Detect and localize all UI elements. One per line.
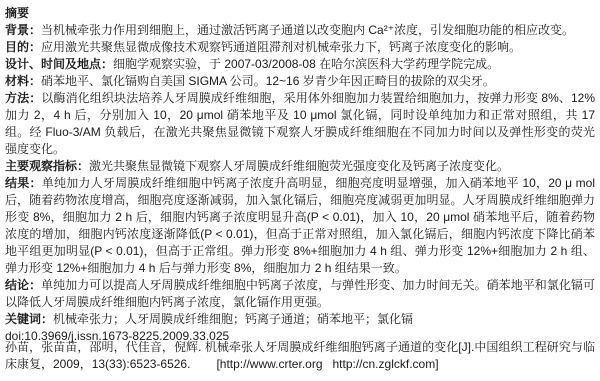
section-methods: 方法：以酶消化组织块法培养人牙周膜成纤维细胞，采用体外细胞加力装置给细胞加力，按… xyxy=(5,90,595,158)
section-materials-text: 硝苯地平、氯化镉购自美国 SIGMA 公司。12~16 岁青少年因正畸目的拔除的… xyxy=(41,74,495,88)
section-objective: 目的：应用激光共聚焦显微成像技术观察钙通道阻滞剂对机械牵张力下，钙离子浓度变化的… xyxy=(5,39,595,56)
section-background-label: 背景： xyxy=(5,23,41,37)
section-objective-text: 应用激光共聚焦显微成像技术观察钙通道阻滞剂对机械牵张力下，钙离子浓度变化的影响。 xyxy=(41,40,521,54)
section-conclusion-label: 结论： xyxy=(5,278,41,292)
abstract-page: 摘要 背景：当机械牵张力作用到细胞上，通过激活钙离子通道以改变胞内 Ca²⁺浓度… xyxy=(0,0,600,381)
section-methods-text: 以酶消化组织块法培养人牙周膜成纤维细胞，采用体外细胞加力装置给细胞加力，按弹力形… xyxy=(5,91,595,156)
section-main-outcome-measures-text: 激光共聚焦显微镜下观察人牙周膜成纤维细胞荧光强度变化及钙离子浓度变化。 xyxy=(89,159,509,173)
section-results-text: 单纯加力人牙周膜成纤维细胞中钙离子浓度升高明显，细胞亮度明显增强，加入硝苯地平 … xyxy=(5,176,595,275)
section-keywords-text: 机械牵张力；人牙周膜成纤维细胞；钙离子通道；硝苯地平；氯化镉 xyxy=(53,312,413,326)
section-design-time-place-label: 设计、时间及地点： xyxy=(5,57,113,71)
section-design-time-place-text: 细胞学观察实验，于 2007-03/2008-08 在哈尔滨医科大学药理学院完成… xyxy=(113,57,499,71)
citation-links[interactable]: [http://www.crter.org http://cn.zglckf.c… xyxy=(216,357,438,371)
abstract-title: 摘要 xyxy=(5,5,595,22)
section-main-outcome-measures-label: 主要观察指标： xyxy=(5,159,89,173)
section-conclusion: 结论：单纯加力可以提高人牙周膜成纤维细胞中钙离子浓度，与弹性形变、加力时间无关。… xyxy=(5,277,595,311)
section-design-time-place: 设计、时间及地点：细胞学观察实验，于 2007-03/2008-08 在哈尔滨医… xyxy=(5,56,595,73)
citation-block: 孙苗，张苗苗，邵明，代佳音，倪辉. 机械牵张人牙周膜成纤维细胞钙离子通道的变化[… xyxy=(5,339,595,373)
section-results-label: 结果： xyxy=(5,176,42,190)
section-methods-label: 方法： xyxy=(5,91,41,105)
section-conclusion-text: 单纯加力可以提高人牙周膜成纤维细胞中钙离子浓度，与弹性形变、加力时间无关。硝苯地… xyxy=(5,278,595,309)
section-keywords: 关键词：机械牵张力；人牙周膜成纤维细胞；钙离子通道；硝苯地平；氯化镉 xyxy=(5,311,595,328)
section-objective-label: 目的： xyxy=(5,40,41,54)
section-background-text: 当机械牵张力作用到细胞上，通过激活钙离子通道以改变胞内 Ca²⁺浓度，引发细胞功… xyxy=(41,23,574,37)
section-background: 背景：当机械牵张力作用到细胞上，通过激活钙离子通道以改变胞内 Ca²⁺浓度，引发… xyxy=(5,22,595,39)
section-keywords-label: 关键词： xyxy=(5,312,53,326)
section-materials: 材料：硝苯地平、氯化镉购自美国 SIGMA 公司。12~16 岁青少年因正畸目的… xyxy=(5,73,595,90)
section-main-outcome-measures: 主要观察指标：激光共聚焦显微镜下观察人牙周膜成纤维细胞荧光强度变化及钙离子浓度变… xyxy=(5,158,595,175)
section-materials-label: 材料： xyxy=(5,74,41,88)
section-results: 结果：单纯加力人牙周膜成纤维细胞中钙离子浓度升高明显，细胞亮度明显增强，加入硝苯… xyxy=(5,175,595,277)
